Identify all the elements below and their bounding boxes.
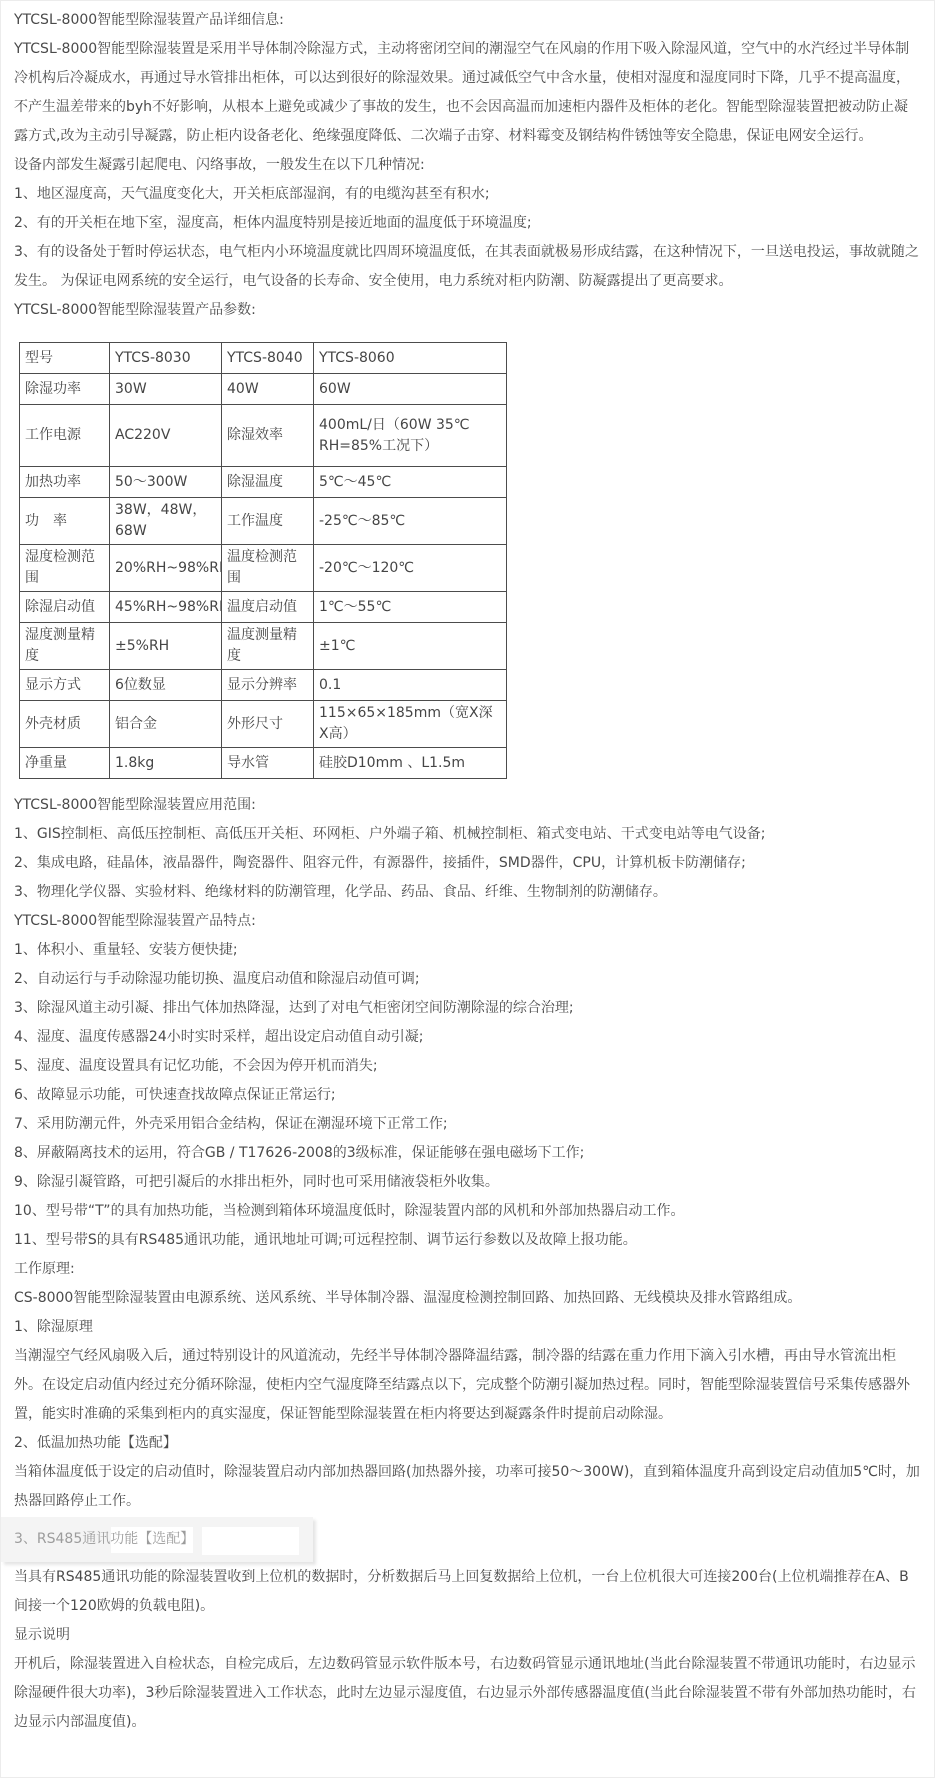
table-cell: 铝合金 xyxy=(110,701,222,748)
table-cell: 6位数显 xyxy=(110,670,222,701)
table-row-dehumid-power: 除湿功率 30W 40W 60W xyxy=(20,374,507,405)
table-cell: 温度启动值 xyxy=(222,592,314,623)
feature-item-4: 4、湿度、温度传感器24小时实时采样，超出设定启动值自动引凝; xyxy=(14,1023,920,1052)
table-row-shell: 外壳材质 铝合金 外形尺寸 115×65×185mm（宽X深X高） xyxy=(20,701,507,748)
table-cell: 50～300W xyxy=(110,467,222,498)
display-description-paragraph: 开机后，除湿装置进入自检状态，自检完成后，左边数码管显示软件版本号，右边数码管显… xyxy=(14,1650,920,1737)
table-cell: 功 率 xyxy=(20,498,110,545)
table-cell: 显示分辨率 xyxy=(222,670,314,701)
feature-item-7: 7、采用防潮元件，外壳采用铝合金结构，保证在潮湿环境下正常工作; xyxy=(14,1110,920,1139)
condensation-heading: 设备内部发生凝露引起爬电、闪络事故，一般发生在以下几种情况: xyxy=(14,151,920,180)
table-cell: 湿度测量精度 xyxy=(20,623,110,670)
table-cell: 显示方式 xyxy=(20,670,110,701)
feature-item-9: 9、除湿引凝管路，可把引凝后的水排出柜外，同时也可采用储液袋柜外收集。 xyxy=(14,1168,920,1197)
intro-paragraph: YTCSL-8000智能型除湿装置是采用半导体制冷除湿方式，主动将密闭空间的潮湿… xyxy=(14,35,920,151)
table-cell: 除湿启动值 xyxy=(20,592,110,623)
table-cell: 除湿功率 xyxy=(20,374,110,405)
table-cell: 30W xyxy=(110,374,222,405)
feature-item-11: 11、型号带S的具有RS485通讯功能，通讯地址可调;可远程控制、调节运行参数以… xyxy=(14,1226,920,1255)
table-cell: AC220V xyxy=(110,405,222,467)
feature-item-2: 2、自动运行与手动除湿功能切换、温度启动值和除湿启动值可调; xyxy=(14,965,920,994)
table-row-start-value: 除湿启动值 45%RH~98%RH 温度启动值 1℃～55℃ xyxy=(20,592,507,623)
feature-item-8: 8、屏蔽隔离技术的运用，符合GB / T17626-2008的3级标准，保证能够… xyxy=(14,1139,920,1168)
application-item-2: 2、集成电路，硅晶体，液晶器件，陶瓷器件、阻容元件，有源器件，接插件，SMD器件… xyxy=(14,849,920,878)
table-row-power-supply: 工作电源 AC220V 除湿效率 400mL/日（60W 35℃ RH=85%工… xyxy=(20,405,507,467)
low-temp-heating-heading: 2、低温加热功能【选配】 xyxy=(14,1429,920,1458)
table-cell: YTCS-8060 xyxy=(314,343,507,374)
table-cell: 400mL/日（60W 35℃ RH=85%工况下） xyxy=(314,405,507,467)
table-cell: -25℃～85℃ xyxy=(314,498,507,545)
table-cell: 1.8kg xyxy=(110,748,222,779)
table-cell: 外壳材质 xyxy=(20,701,110,748)
features-heading: YTCSL-8000智能型除湿装置产品特点: xyxy=(14,907,920,936)
product-detail-document: YTCSL-8000智能型除湿装置产品详细信息: YTCSL-8000智能型除湿… xyxy=(1,1,934,1777)
table-cell: 温度检测范围 xyxy=(222,545,314,592)
dehumid-principle-paragraph: 当潮湿空气经风扇吸入后，通过特别设计的风道流动，先经半导体制冷器降温结露，制冷器… xyxy=(14,1342,920,1429)
rs485-heading: 3、RS485通讯功能【选配】 xyxy=(1,1517,313,1562)
feature-item-10: 10、型号带“T”的具有加热功能，当检测到箱体环境温度低时，除湿装置内部的风机和… xyxy=(14,1197,920,1226)
params-heading: YTCSL-8000智能型除湿装置产品参数: xyxy=(14,296,920,325)
table-cell: 外形尺寸 xyxy=(222,701,314,748)
feature-item-1: 1、体积小、重量轻、安装方便快捷; xyxy=(14,936,920,965)
page-title: YTCSL-8000智能型除湿装置产品详细信息: xyxy=(14,6,920,35)
table-cell: 湿度检测范围 xyxy=(20,545,110,592)
feature-item-3: 3、除湿风道主动引凝、排出气体加热降湿，达到了对电气柜密闭空间防潮除湿的综合治理… xyxy=(14,994,920,1023)
table-cell: 除湿效率 xyxy=(222,405,314,467)
rs485-paragraph: 当具有RS485通讯功能的除湿装置收到上位机的数据时，分析数据后马上回复数据给上… xyxy=(14,1563,920,1621)
table-row-power: 功 率 38W，48W，68W 工作温度 -25℃～85℃ xyxy=(20,498,507,545)
table-cell: 工作电源 xyxy=(20,405,110,467)
table-cell: 0.1 xyxy=(314,670,507,701)
table-cell: 5℃～45℃ xyxy=(314,467,507,498)
table-cell: 38W，48W，68W xyxy=(110,498,222,545)
table-cell: ±1℃ xyxy=(314,623,507,670)
condensation-item-1: 1、地区湿度高，天气温度变化大，开关柜底部湿润，有的电缆沟甚至有积水; xyxy=(14,180,920,209)
table-cell: 型号 xyxy=(20,343,110,374)
table-cell: 温度测量精度 xyxy=(222,623,314,670)
table-row-model: 型号 YTCS-8030 YTCS-8040 YTCS-8060 xyxy=(20,343,507,374)
dehumid-principle-heading: 1、除湿原理 xyxy=(14,1313,920,1342)
application-item-1: 1、GIS控制柜、高低压控制柜、高低压开关柜、环网柜、户外端子箱、机械控制柜、箱… xyxy=(14,820,920,849)
product-detail-page: { "colors": { "page_background": "#fffff… xyxy=(0,0,935,1778)
table-cell: YTCS-8030 xyxy=(110,343,222,374)
principle-intro: CS-8000智能型除湿装置由电源系统、送风系统、半导体制冷器、温湿度检测控制回… xyxy=(14,1284,920,1313)
table-cell: 40W xyxy=(222,374,314,405)
table-row-display: 显示方式 6位数显 显示分辨率 0.1 xyxy=(20,670,507,701)
table-cell: 净重量 xyxy=(20,748,110,779)
table-cell: 导水管 xyxy=(222,748,314,779)
table-row-heating-power: 加热功率 50～300W 除湿温度 5℃～45℃ xyxy=(20,467,507,498)
condensation-item-3: 3、有的设备处于暂时停运状态，电气柜内小环境温度就比四周环境温度低，在其表面就极… xyxy=(14,238,920,296)
spec-table: 型号 YTCS-8030 YTCS-8040 YTCS-8060 除湿功率 30… xyxy=(19,342,507,779)
condensation-item-2: 2、有的开关柜在地下室，湿度高，柜体内温度特别是接近地面的温度低于环境温度; xyxy=(14,209,920,238)
application-item-3: 3、物理化学仪器、实验材料、绝缘材料的防潮管理，化学品、药品、食品、纤维、生物制… xyxy=(14,878,920,907)
application-heading: YTCSL-8000智能型除湿装置应用范围: xyxy=(14,791,920,820)
low-temp-heating-paragraph: 当箱体温度低于设定的启动值时，除湿装置启动内部加热器回路(加热器外接，功率可接5… xyxy=(14,1458,920,1516)
table-cell: -20℃～120℃ xyxy=(314,545,507,592)
feature-item-5: 5、湿度、温度设置具有记忆功能，不会因为停开机而消失; xyxy=(14,1052,920,1081)
table-cell: 115×65×185mm（宽X深X高） xyxy=(314,701,507,748)
table-cell: 工作温度 xyxy=(222,498,314,545)
principle-heading: 工作原理: xyxy=(14,1255,920,1284)
rs485-heading-overlay-panel: 3、RS485通讯功能【选配】 xyxy=(1,1517,313,1562)
table-cell: 20%RH~98%RH xyxy=(110,545,222,592)
feature-item-6: 6、故障显示功能，可快速查找故障点保证正常运行; xyxy=(14,1081,920,1110)
table-cell: 硅胶D10mm 、L1.5m xyxy=(314,748,507,779)
table-cell: 1℃～55℃ xyxy=(314,592,507,623)
display-description-heading: 显示说明 xyxy=(14,1621,920,1650)
table-cell: 加热功率 xyxy=(20,467,110,498)
table-cell: 除湿温度 xyxy=(222,467,314,498)
table-row-accuracy: 湿度测量精度 ±5%RH 温度测量精度 ±1℃ xyxy=(20,623,507,670)
table-row-humidity-range: 湿度检测范围 20%RH~98%RH 温度检测范围 -20℃～120℃ xyxy=(20,545,507,592)
table-cell: 45%RH~98%RH xyxy=(110,592,222,623)
table-cell: YTCS-8040 xyxy=(222,343,314,374)
table-cell: 60W xyxy=(314,374,507,405)
table-row-weight: 净重量 1.8kg 导水管 硅胶D10mm 、L1.5m xyxy=(20,748,507,779)
table-cell: ±5%RH xyxy=(110,623,222,670)
